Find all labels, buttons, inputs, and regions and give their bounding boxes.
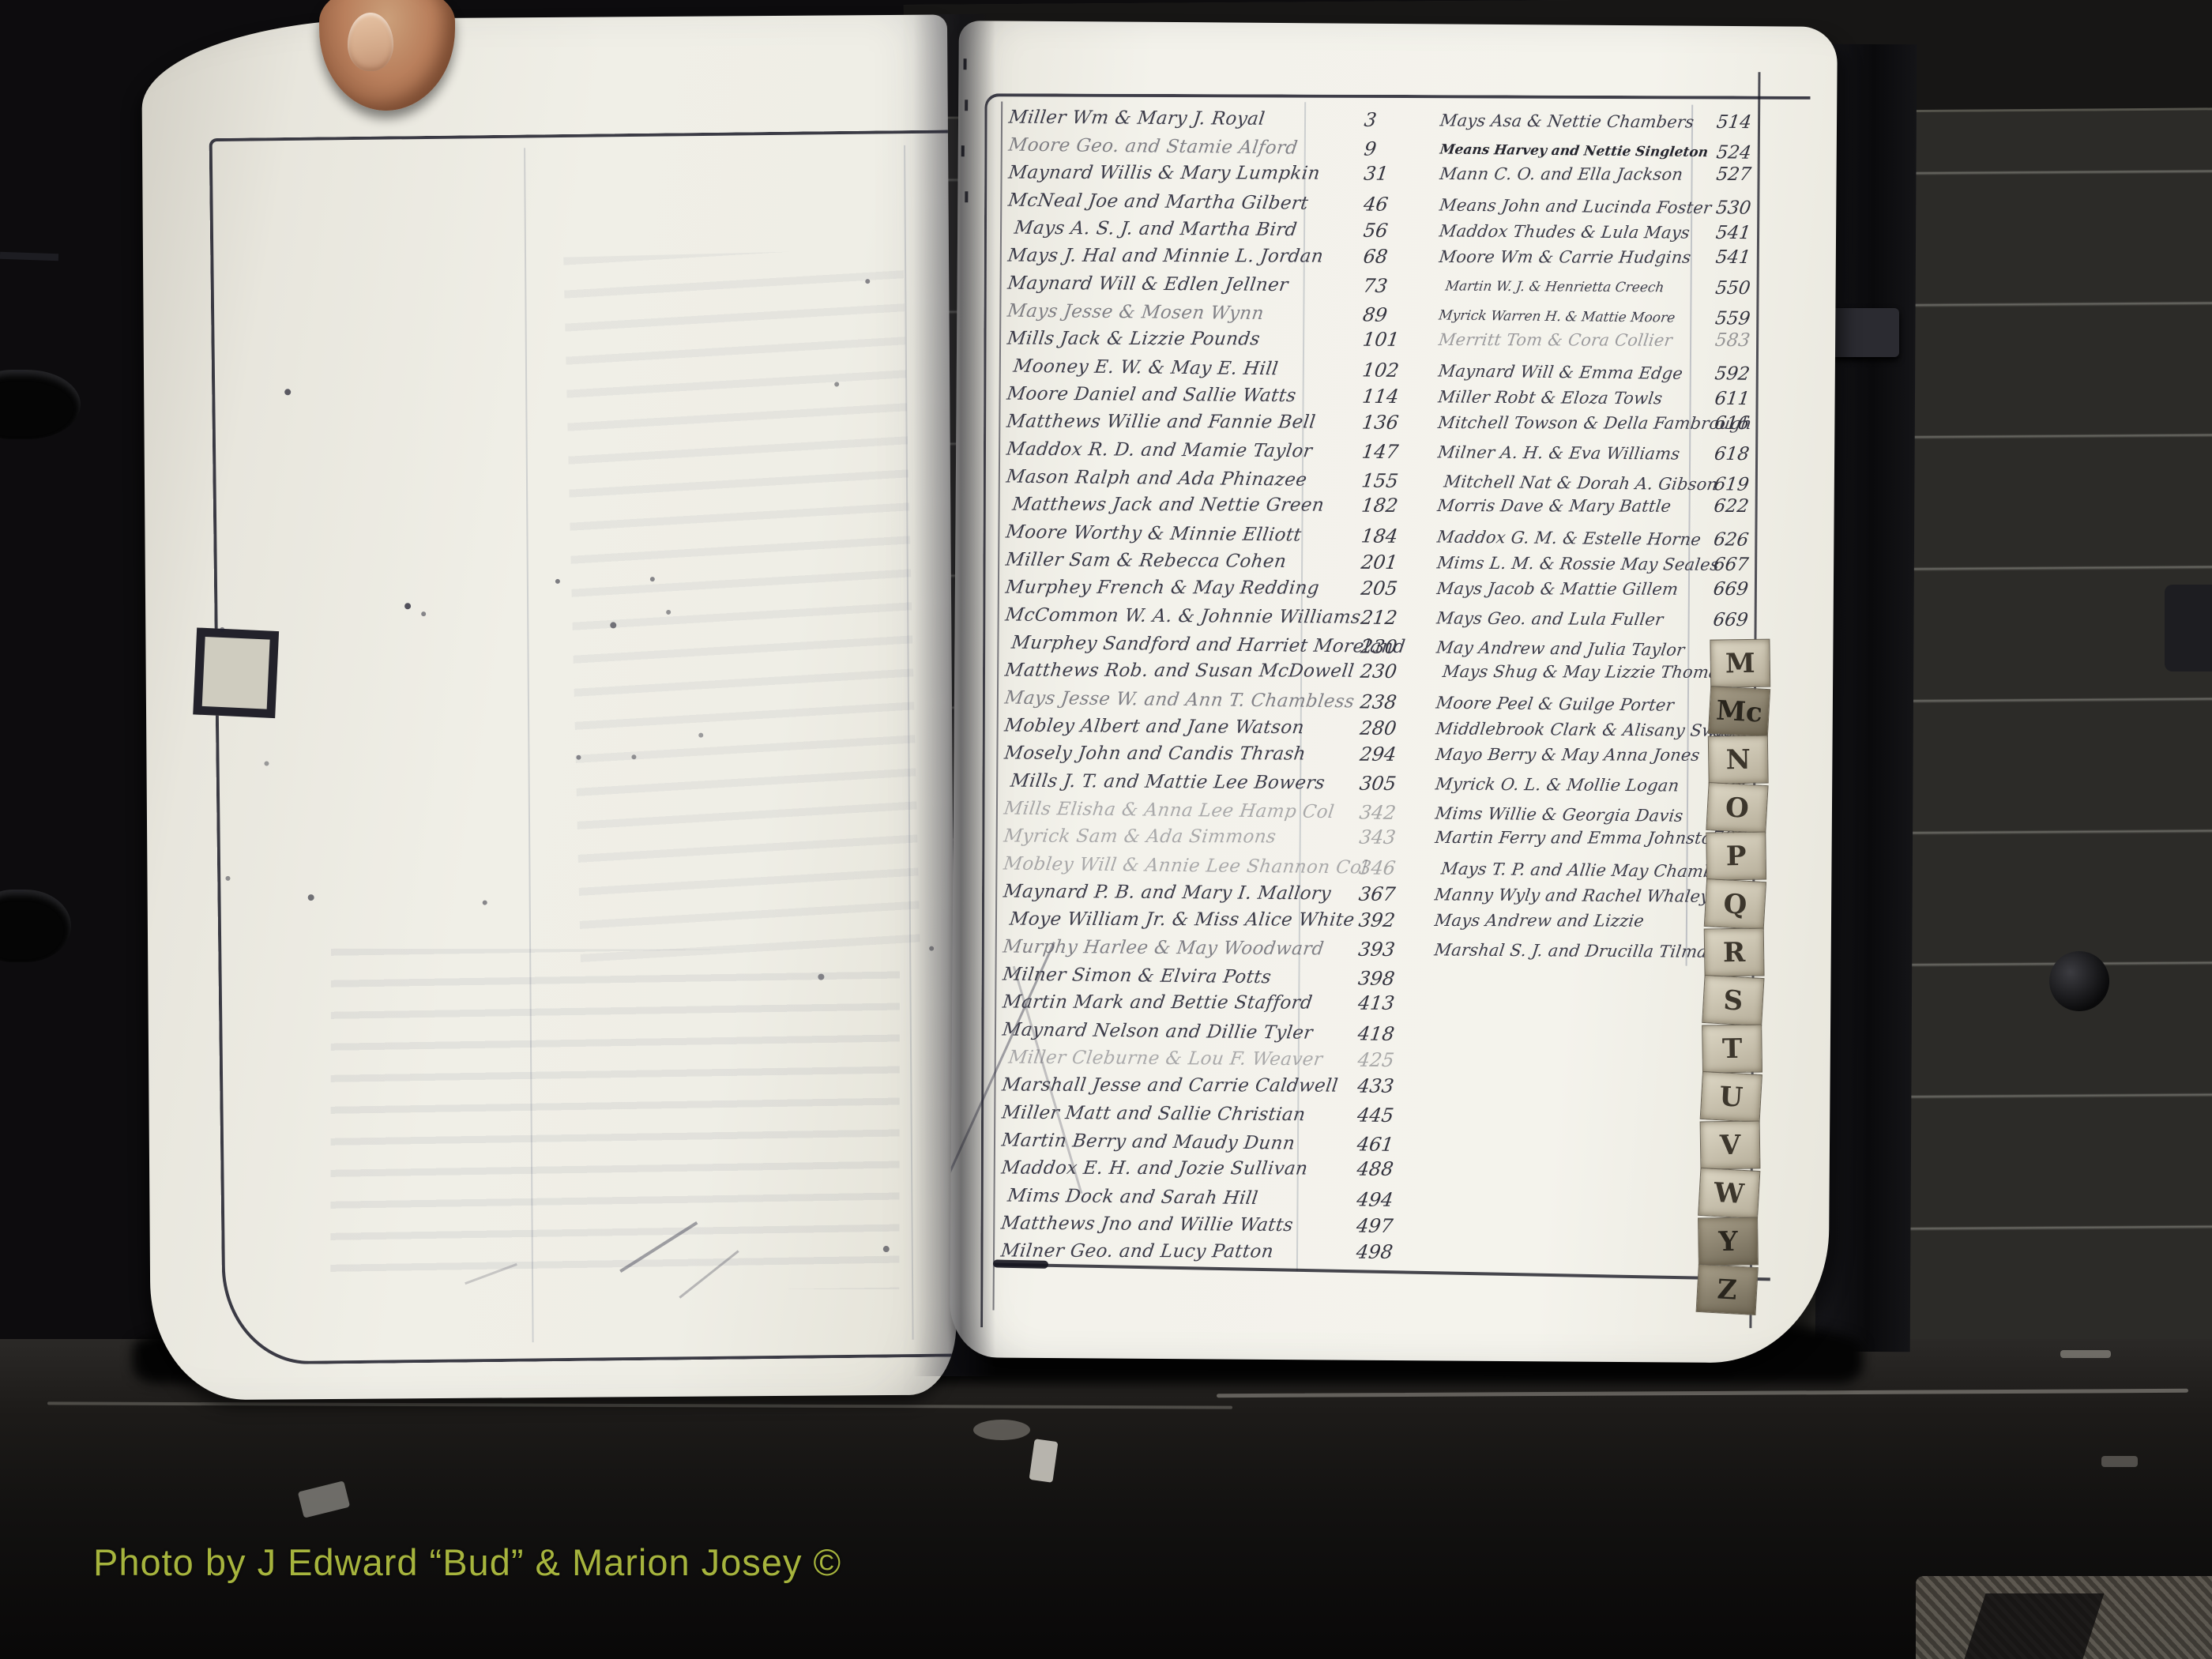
page-number-right: 514	[1712, 111, 1765, 132]
page-number-left: 498	[1355, 1240, 1423, 1262]
groom-and-bride-right: Moore Wm & Carrie Hudgins	[1427, 246, 1714, 266]
page-number-left: 346	[1358, 856, 1426, 879]
groom-and-bride-right: Mann C. O. and Ella Jackson	[1428, 164, 1714, 183]
groom-and-bride-right: Mays T. P. and Allie May Chambliss	[1423, 859, 1710, 881]
groom-and-bride-right: Maddox G. M. & Estelle Horne	[1425, 527, 1712, 549]
groom-and-bride-left: Martin Mark and Bettie Stafford	[1002, 991, 1360, 1013]
page-number-left: 73	[1362, 274, 1430, 297]
page-number-left: 56	[1362, 219, 1430, 242]
index-tab-T: T	[1702, 1024, 1762, 1073]
groom-and-bride-right: Mays Asa & Nettie Chambers	[1428, 111, 1714, 131]
page-number-right: 611	[1710, 388, 1763, 408]
ledger-row: Mosely John and Candis Thrash294Mayo Ber…	[1004, 739, 1759, 769]
groom-and-bride-right	[1423, 1060, 1707, 1063]
groom-and-bride-right: Martin Ferry and Emma Johnston	[1423, 827, 1710, 847]
ledger-row: Miller Wm & Mary J. Royal3Mays Asa & Net…	[1009, 103, 1764, 137]
scuff-mark	[2060, 1350, 2111, 1358]
groom-and-bride-left: Mays A. S. J. and Martha Bird	[1006, 217, 1364, 240]
page-number-right: 669	[1709, 609, 1762, 630]
groom-and-bride-left: Maddox E. H. and Jozie Sullivan	[1000, 1157, 1358, 1179]
page-number-right: 583	[1710, 329, 1763, 350]
groom-and-bride-right: Martin W. J. & Henrietta Creech	[1427, 278, 1714, 295]
groom-and-bride-right: Mays Geo. and Lula Fuller	[1424, 608, 1711, 629]
groom-and-bride-right: Morris Dave & Mary Battle	[1425, 495, 1712, 515]
page-number-left: 305	[1358, 772, 1426, 795]
ledger-row: Murphey French & May Redding205Mays Jaco…	[1006, 574, 1761, 604]
groom-and-bride-right	[1422, 1115, 1706, 1118]
groom-and-bride-right: Means Harvey and Nettie Singleton	[1428, 141, 1714, 160]
ledger-row: Matthews Rob. and Susan McDowell230Mays …	[1005, 656, 1760, 687]
groom-and-bride-right	[1423, 979, 1707, 982]
groom-and-bride-right: Maynard Will & Emma Edge	[1426, 361, 1713, 383]
printed-page-border	[209, 130, 957, 1365]
groom-and-bride-right: Miller Robt & Eloza Towls	[1426, 387, 1713, 408]
groom-and-bride-left: Murphy Harlee & May Woodward	[1002, 936, 1360, 959]
groom-and-bride-right: Merritt Tom & Cora Collier	[1427, 329, 1714, 349]
groom-and-bride-left: Maynard Will & Edlen Jellner	[1006, 273, 1364, 295]
groom-and-bride-left: Maynard Nelson and Dillie Tyler	[1001, 1019, 1359, 1044]
index-tab-Y: Y	[1698, 1217, 1759, 1266]
groom-and-bride-right: Mims Willie & Georgia Davis	[1423, 803, 1710, 826]
groom-and-bride-left: Mooney E. W. & May E. Hill	[1006, 355, 1364, 380]
watermark-text: Photo by J Edward “Bud” & Marion Josey ©	[93, 1540, 841, 1584]
groom-and-bride-right	[1423, 1003, 1707, 1003]
groom-and-bride-left: Matthews Jack and Nettie Green	[1005, 494, 1363, 515]
ledger-row: Marshall Jesse and Carrie Caldwell433	[1002, 1071, 1757, 1101]
index-tab-Mc: Mc	[1708, 686, 1770, 737]
groom-and-bride-right: Mitchell Towson & Della Fambrough	[1426, 412, 1713, 432]
page-number-right: 626	[1710, 529, 1762, 551]
ledger-row: Maddox E. H. and Jozie Sullivan488	[1002, 1154, 1757, 1184]
page-number-left: 182	[1360, 494, 1428, 516]
groom-and-bride-right: Mitchell Nat & Dorah A. Gibson	[1425, 472, 1712, 494]
clamp-knob-left-upper	[0, 370, 81, 439]
index-tab-V: V	[1700, 1120, 1761, 1169]
page-number-left: 184	[1360, 525, 1428, 547]
hinge-bracket	[1830, 308, 1899, 357]
groom-and-bride-right	[1422, 1200, 1706, 1203]
ledger-row: Matthews Willie and Fannie Bell136Mitche…	[1006, 408, 1762, 438]
groom-and-bride-right: Mims L. M. & Rossie May Seales	[1425, 553, 1712, 574]
page-number-left: 342	[1358, 801, 1426, 824]
groom-and-bride-left: Milner Simon & Elvira Potts	[1002, 964, 1360, 988]
ledger-row: Milner Geo. and Lucy Patton498	[1001, 1237, 1756, 1267]
ledger-row: Matthews Jack and Nettie Green182Morris …	[1006, 491, 1762, 521]
groom-and-bride-right: Mays Andrew and Lizzie	[1422, 910, 1709, 930]
page-number-left: 101	[1361, 328, 1429, 350]
page-number-right: 550	[1711, 277, 1764, 298]
groom-and-bride-right: Mays Jacob & Mattie Gillem	[1424, 578, 1711, 598]
groom-and-bride-right: Marshal S. J. and Drucilla Tilman	[1422, 940, 1709, 961]
groom-and-bride-left: Martin Berry and Maudy Dunn	[1000, 1130, 1358, 1154]
groom-and-bride-left: Maynard Willis & Mary Lumpkin	[1007, 162, 1365, 183]
groom-and-bride-right	[1421, 1226, 1706, 1228]
index-tab-N: N	[1708, 735, 1769, 784]
index-tab-Q: Q	[1704, 878, 1766, 930]
scuff-mark	[47, 1401, 1232, 1409]
ledger-row: Maynard Willis & Mary Lumpkin31Mann C. O…	[1009, 159, 1764, 189]
groom-and-bride-left: Mobley Will & Annie Lee Shannon Col	[1003, 853, 1360, 878]
groom-and-bride-right	[1421, 1251, 1706, 1252]
ledger-row: Miller Matt and Sallie Christian445	[1002, 1099, 1757, 1132]
ledger-row: Mills Jack & Lizzie Pounds101Merritt Tom…	[1007, 325, 1762, 355]
groom-and-bride-left: Moore Daniel and Sallie Watts	[1006, 383, 1364, 406]
groom-and-bride-right: Manny Wyly and Rachel Whaley	[1423, 885, 1710, 905]
groom-and-bride-left: Mays Jesse W. and Ann T. Chambless	[1003, 687, 1361, 712]
page-number-right: 669	[1709, 578, 1762, 599]
groom-and-bride-left: Miller Cleburne & Lou F. Weaver	[1001, 1047, 1359, 1070]
right-index-page: Miller Wm & Mary J. Royal3Mays Asa & Net…	[950, 21, 1838, 1364]
page-number-left: 212	[1360, 606, 1428, 629]
groom-and-bride-left: Murphey Sandford and Harriet Moreland	[1004, 632, 1362, 656]
groom-and-bride-right: Mayo Berry & May Anna Jones	[1424, 744, 1710, 764]
margin-tab-mark	[193, 627, 279, 718]
page-number-left: 230	[1360, 635, 1428, 658]
page-number-left: 230	[1359, 660, 1427, 682]
index-tab-Z: Z	[1696, 1264, 1759, 1315]
groom-and-bride-left: Mills Elisha & Anna Lee Hamp Col	[1003, 798, 1360, 822]
groom-and-bride-left: Moore Worthy & Minnie Elliott	[1005, 521, 1363, 546]
groom-and-bride-right	[1423, 1034, 1707, 1037]
page-number-right: 527	[1712, 164, 1765, 184]
groom-and-bride-right	[1422, 1168, 1706, 1169]
page-number-left: 68	[1362, 245, 1430, 267]
page-number-left: 31	[1363, 162, 1431, 184]
groom-and-bride-right: Means John and Lucinda Foster	[1428, 195, 1714, 217]
bracket-right	[2165, 585, 2212, 671]
groom-and-bride-left: Moore Geo. and Stamie Alford	[1007, 134, 1365, 159]
page-number-left: 201	[1360, 551, 1428, 574]
page-number-left: 445	[1356, 1104, 1424, 1127]
ledger-row: Moye William Jr. & Miss Alice White392Ma…	[1003, 905, 1759, 935]
page-number-left: 46	[1362, 193, 1430, 216]
page-number-left: 425	[1356, 1048, 1424, 1071]
page-number-left: 488	[1356, 1157, 1424, 1179]
groom-and-bride-right: Middlebrook Clark & Alisany Swann	[1424, 719, 1710, 739]
ledger-row: Murphy Harlee & May Woodward393Marshal S…	[1003, 933, 1759, 966]
page-number-right: 616	[1710, 412, 1763, 433]
groom-and-bride-left: Maynard P. B. and Mary I. Mallory	[1003, 881, 1360, 904]
page-number-left: 461	[1356, 1133, 1424, 1156]
index-tab-W: W	[1698, 1168, 1760, 1219]
page-number-left: 367	[1357, 882, 1425, 905]
page-number-left: 102	[1361, 359, 1429, 382]
groom-and-bride-left: Miller Matt and Sallie Christian	[1001, 1102, 1359, 1125]
page-number-right: 667	[1709, 554, 1762, 574]
groom-and-bride-left: Mills Jack & Lizzie Pounds	[1006, 328, 1364, 349]
groom-and-bride-left: Matthews Jno and Willie Watts	[1000, 1213, 1358, 1236]
groom-and-bride-right: Mays Shug & May Lizzie Thomas	[1424, 661, 1711, 681]
ledger-row: Maynard Will & Edlen Jellner73Martin W. …	[1007, 269, 1762, 303]
groom-and-bride-left: Mills J. T. and Mattie Lee Bowers	[1003, 770, 1361, 793]
ledger-row: Maddox R. D. and Mamie Taylor147Milner A…	[1006, 435, 1762, 468]
photo-of-marriage-index-book: Miller Wm & Mary J. Royal3Mays Asa & Net…	[0, 0, 2212, 1659]
page-number-left: 494	[1356, 1188, 1424, 1211]
groom-and-bride-left: Maddox R. D. and Mamie Taylor	[1005, 438, 1363, 461]
clamp-knob-left-lower	[0, 890, 71, 962]
page-number-left: 89	[1361, 303, 1429, 326]
groom-and-bride-right: Maddox Thudes & Lula Mays	[1428, 221, 1714, 242]
groom-and-bride-right: May Andrew and Julia Taylor	[1424, 638, 1711, 660]
index-tab-P: P	[1706, 832, 1766, 881]
index-tab-M: M	[1710, 639, 1770, 688]
alphabet-index-tabs: MMcNOPQRSTUVWYZ	[1691, 638, 1777, 1315]
page-number-right: 530	[1712, 197, 1765, 219]
page-number-left: 136	[1361, 411, 1429, 433]
page-number-right: 541	[1711, 222, 1764, 243]
groom-and-bride-right	[1423, 1085, 1707, 1086]
groom-and-bride-left: Miller Sam & Rebecca Cohen	[1004, 549, 1362, 572]
groom-and-bride-left: McNeal Joe and Martha Gilbert	[1007, 190, 1365, 214]
ledger-row: Myrick Sam & Ada Simmons343Martin Ferry …	[1004, 822, 1759, 852]
index-tab-S: S	[1702, 975, 1764, 1026]
page-number-left: 155	[1360, 469, 1428, 492]
groom-and-bride-right	[1422, 1145, 1706, 1148]
index-tab-O: O	[1706, 782, 1768, 833]
fingernail	[348, 13, 393, 71]
binding-stitches	[963, 58, 966, 70]
clamp-knob-right	[2049, 951, 2109, 1011]
groom-and-bride-right: Myrick O. L. & Mollie Logan	[1424, 774, 1710, 795]
groom-and-bride-left: Mosely John and Candis Thrash	[1003, 743, 1361, 764]
page-number-left: 238	[1359, 690, 1427, 713]
page-number-left: 205	[1360, 577, 1428, 599]
clamp-bar-left	[0, 252, 58, 261]
groom-and-bride-left: Mays Jesse & Mosen Wynn	[1006, 300, 1364, 325]
scuff-mark	[1217, 1389, 2188, 1398]
left-blank-page	[141, 14, 957, 1400]
page-number-left: 280	[1359, 717, 1427, 739]
ledger-row: Mills J. T. and Mattie Lee Bowers305Myri…	[1004, 767, 1759, 800]
page-number-left: 393	[1357, 938, 1425, 961]
groom-and-bride-left: Murphey French & May Redding	[1004, 577, 1362, 598]
page-number-left: 294	[1359, 743, 1427, 765]
page-number-left: 392	[1357, 908, 1425, 931]
groom-and-bride-left: Marshall Jesse and Carrie Caldwell	[1001, 1074, 1359, 1096]
page-number-left: 413	[1356, 991, 1424, 1014]
paint-scuff	[1029, 1439, 1059, 1483]
page-number-left: 9	[1363, 137, 1431, 160]
page-number-left: 343	[1358, 826, 1426, 848]
groom-and-bride-left: Mims Dock and Sarah Hill	[1000, 1185, 1358, 1209]
page-number-left: 418	[1356, 1022, 1424, 1045]
groom-and-bride-left: Mays J. Hal and Minnie L. Jordan	[1006, 245, 1364, 266]
page-number-left: 147	[1360, 440, 1428, 463]
groom-and-bride-left: Miller Wm & Mary J. Royal	[1007, 107, 1365, 130]
groom-and-bride-left: Matthews Rob. and Susan McDowell	[1004, 660, 1362, 681]
ledger-row: Mays J. Hal and Minnie L. Jordan68Moore …	[1008, 242, 1763, 272]
ledger-row: Martin Mark and Bettie Stafford413	[1003, 988, 1758, 1018]
scuff-mark	[298, 1480, 350, 1518]
groom-and-bride-left: Matthews Willie and Fannie Bell	[1006, 411, 1364, 432]
ledger-row: McCommon W. A. & Johnnie Williams212Mays…	[1006, 601, 1761, 634]
page-number-right: 592	[1710, 363, 1763, 385]
groom-and-bride-left: Milner Geo. and Lucy Patton	[999, 1240, 1357, 1262]
groom-and-bride-left: Mason Ralph and Ada Phinazee	[1005, 466, 1363, 491]
groom-and-bride-left: Myrick Sam & Ada Simmons	[1003, 826, 1360, 847]
ink-speckles	[141, 21, 145, 24]
index-tab-U: U	[1700, 1071, 1762, 1123]
page-number-left: 497	[1355, 1214, 1423, 1237]
scuff-mark	[2101, 1456, 2138, 1467]
page-number-right: 618	[1710, 443, 1762, 464]
page-number-left: 433	[1356, 1074, 1424, 1097]
carpet-shadow	[1965, 1593, 2105, 1659]
scuff-mark	[973, 1420, 1030, 1440]
groom-and-bride-left: McCommon W. A. & Johnnie Williams	[1004, 604, 1362, 627]
page-number-left: 3	[1363, 108, 1431, 131]
page-number-left: 114	[1361, 385, 1429, 408]
groom-and-bride-left: Mobley Albert and Jane Watson	[1003, 715, 1361, 738]
index-tab-R: R	[1704, 927, 1765, 976]
groom-and-bride-right: Myrick Warren H. & Mattie Moore	[1427, 307, 1714, 326]
handwritten-entry-list: Miller Wm & Mary J. Royal3Mays Asa & Net…	[1001, 103, 1764, 1270]
page-number-right: 541	[1711, 246, 1764, 267]
groom-and-bride-left: Moye William Jr. & Miss Alice White	[1002, 908, 1360, 930]
groom-and-bride-right: Moore Peel & Guilge Porter	[1424, 693, 1710, 715]
groom-and-bride-right: Milner A. H. & Eva Williams	[1426, 442, 1713, 463]
page-number-left: 398	[1357, 967, 1425, 990]
page-number-right: 622	[1710, 495, 1762, 516]
